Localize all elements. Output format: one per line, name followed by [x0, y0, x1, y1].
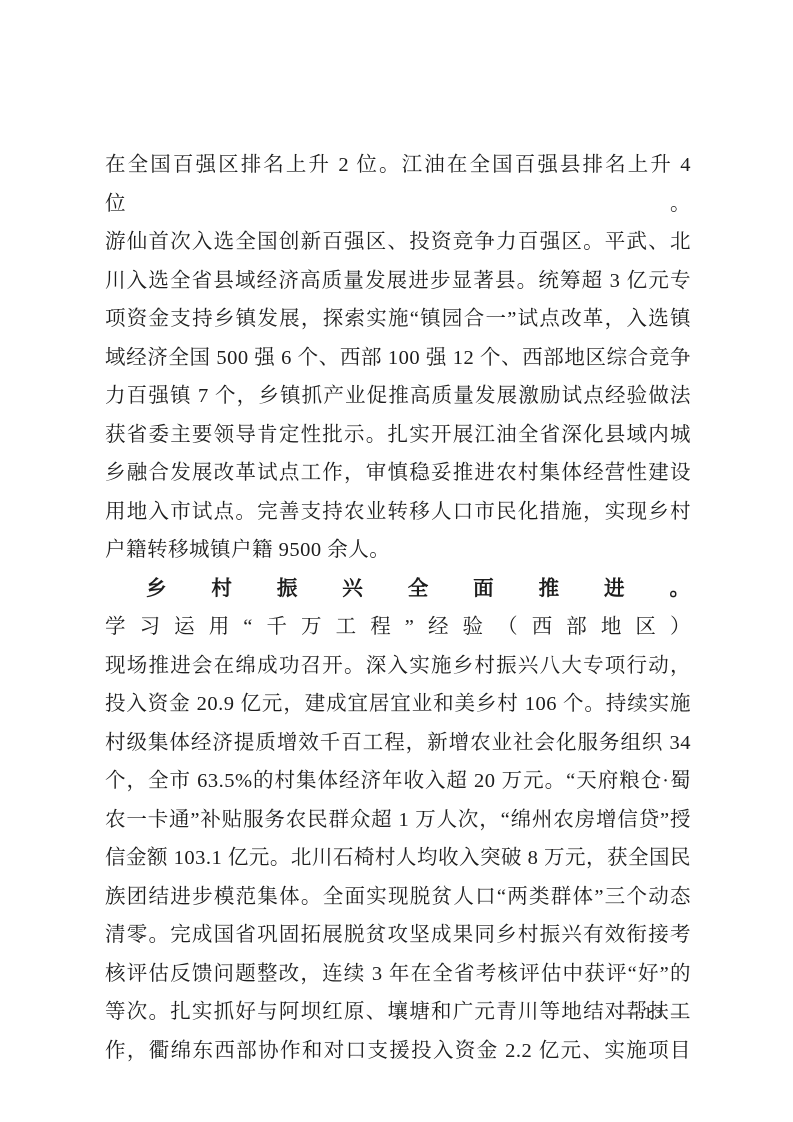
text-line: 现场推进会在绵成功召开。深入实施乡村振兴八大专项行动，: [105, 647, 691, 686]
paragraph-1: 在全国百强区排名上升 2 位。江油在全国百强县排名上升 4 位。 游仙首次入选全…: [105, 146, 691, 570]
text-line: 农一卡通”补贴服务农民群众超 1 万人次，“绵州农房增信贷”授: [105, 801, 691, 840]
text-line: 力百强镇 7 个，乡镇抓产业促推高质量发展激励试点经验做法: [105, 377, 691, 416]
text-line: 在全国百强区排名上升 2 位。江油在全国百强县排名上升 4 位。: [105, 146, 691, 223]
body-text: 在全国百强区排名上升 2 位。江油在全国百强县排名上升 4 位。 游仙首次入选全…: [105, 146, 691, 1070]
text-line: 川入选全省县域经济高质量发展进步显著县。统筹超 3 亿元专: [105, 262, 691, 301]
text-line: 获省委主要领导肯定性批示。扎实开展江油全省深化县域内城: [105, 416, 691, 455]
text-line: 户籍转移城镇户籍 9500 余人。: [105, 531, 691, 570]
paragraph-2: 乡村振兴全面推进。学习运用“千万工程”经验（西部地区） 现场推进会在绵成功召开。…: [105, 570, 691, 1071]
page-number: — 13 —: [619, 1000, 691, 1026]
text-line: 村级集体经济提质增效千百工程，新增农业社会化服务组织 34: [105, 724, 691, 763]
text-line: 信金额 103.1 亿元。北川石椅村人均收入突破 8 万元，获全国民: [105, 839, 691, 878]
text-line: 游仙首次入选全国创新百强区、投资竞争力百强区。平武、北: [105, 223, 691, 262]
text-line: 用地入市试点。完善支持农业转移人口市民化措施，实现乡村: [105, 493, 691, 532]
paragraph-lead-rest: 学习运用“千万工程”经验（西部地区）: [105, 616, 691, 638]
document-page: 在全国百强区排名上升 2 位。江油在全国百强县排名上升 4 位。 游仙首次入选全…: [0, 0, 793, 1122]
text-line-paragraph-lead: 乡村振兴全面推进。学习运用“千万工程”经验（西部地区）: [105, 570, 691, 647]
text-line: 乡融合发展改革试点工作，审慎稳妥推进农村集体经营性建设: [105, 454, 691, 493]
text-line: 投入资金 20.9 亿元，建成宜居宜业和美乡村 106 个。持续实施: [105, 685, 691, 724]
text-line: 核评估反馈问题整改，连续 3 年在全省考核评估中获评“好”的: [105, 955, 691, 994]
text-line: 族团结进步模范集体。全面实现脱贫人口“两类群体”三个动态: [105, 878, 691, 917]
text-line: 域经济全国 500 强 6 个、西部 100 强 12 个、西部地区综合竞争: [105, 339, 691, 378]
text-line: 等次。扎实抓好与阿坝红原、壤塘和广元青川等地结对帮扶工: [105, 993, 691, 1032]
text-line: 作，衢绵东西部协作和对口支援投入资金 2.2 亿元、实施项目: [105, 1032, 691, 1071]
paragraph-lead-heading: 乡村振兴全面推进。: [146, 577, 691, 600]
text-line: 项资金支持乡镇发展，探索实施“镇园合一”试点改革，入选镇: [105, 300, 691, 339]
text-line: 个，全市 63.5%的村集体经济年收入超 20 万元。“天府粮仓·蜀: [105, 762, 691, 801]
text-line: 清零。完成国省巩固拓展脱贫攻坚成果同乡村振兴有效衔接考: [105, 916, 691, 955]
